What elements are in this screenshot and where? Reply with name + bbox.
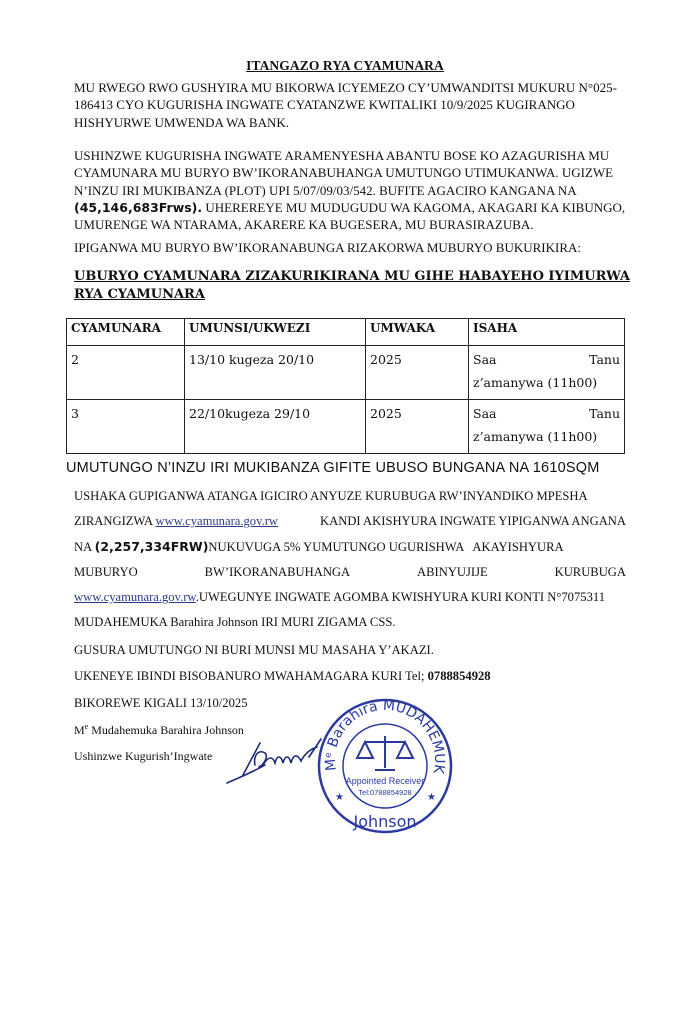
paragraph-property-description: USHINZWE KUGURISHA INGWATE ARAMENYESHA A…: [74, 147, 626, 233]
cyamunara-link[interactable]: www.cyamunara.gov.rw: [74, 590, 196, 604]
signed-place-date: BIKOREWE KIGALI 13/10/2025: [74, 696, 248, 711]
schedule-heading: UBURYO CYAMUNARA ZIZAKURIKIRANA MU GIHE …: [74, 268, 654, 304]
star-icon: ★: [427, 792, 436, 803]
text: NUKUVUGA 5% YUMUTUNGO UGURISHWA AKAYISHY…: [208, 540, 563, 554]
text: MUBURYO: [74, 560, 138, 585]
paragraph-bidding-method: IPIGANWA MU BURYO BW’IKORANABUNGA RIZAKO…: [74, 239, 626, 256]
star-icon: ★: [335, 792, 344, 803]
text: KURUBUGA: [555, 560, 626, 585]
title-prefix: M: [74, 723, 85, 737]
column-header: UMUNSI/UKWEZI: [185, 319, 366, 346]
visit-notice: GUSURA UMUTUNGO NI BURI MUNSI MU MASAHA …: [74, 643, 434, 658]
instruction-line: NA (2,257,334FRW)NUKUVUGA 5% YUMUTUNGO U…: [74, 534, 626, 560]
time-detail: z’amanywa (11h00): [473, 425, 620, 448]
paragraph-court-order: MU RWEGO RWO GUSHYIRA MU BIKORWA ICYEMEZ…: [74, 79, 626, 131]
cell-time: SaaTanu z’amanywa (11h00): [469, 346, 625, 400]
signatory-name: Me Mudahemuka Barahira Johnson: [74, 722, 244, 738]
contact-phone: 0788854928: [428, 669, 491, 683]
property-text-before: USHINZWE KUGURISHA INGWATE ARAMENYESHA A…: [74, 148, 613, 198]
instruction-text: KANDI AKISHYURA INGWATE YIPIGANWA ANGANA: [320, 509, 626, 534]
time-detail: z’amanywa (11h00): [473, 371, 620, 394]
column-header: ISAHA: [469, 319, 625, 346]
contact-line: UKENEYE IBINDI BISOBANURO MWAHAMAGARA KU…: [74, 669, 491, 684]
document-title: ITANGAZO RYA CYAMUNARA: [0, 58, 690, 74]
instruction-line: MUDAHEMUKA Barahira Johnson IRI MURI ZIG…: [74, 610, 626, 635]
cell-date-range: 13/10 kugeza 20/10: [185, 346, 366, 400]
receiver-stamp: Mᵉ Barahira MUDAHEMUKA Johnson Appointed…: [315, 696, 455, 836]
paragraph-bidding-instructions: USHAKA GUPIGANWA ATANGA IGICIRO ANYUZE K…: [74, 484, 626, 635]
time-word: Saa: [473, 402, 496, 425]
stamp-bottom-text: Johnson: [352, 812, 416, 831]
document-page: ITANGAZO RYA CYAMUNARA MU RWEGO RWO GUSH…: [0, 0, 690, 1024]
auction-schedule-table: CYAMUNARA UMUNSI/UKWEZI UMWAKA ISAHA 2 1…: [66, 318, 625, 454]
paragraph-plot-size: UMUTUNGO N’INZU IRI MUKIBANZA GIFITE UBU…: [66, 460, 622, 476]
property-value: (45,146,683Frws).: [74, 200, 202, 215]
text: ABINYUJIJE: [417, 560, 488, 585]
account-text: .UWEGUNYE INGWATE AGOMBA KWISHYURA KURI …: [196, 590, 605, 604]
signatory-role: Ushinzwe Kugurish’Ingwate: [74, 749, 212, 764]
table-header-row: CYAMUNARA UMUNSI/UKWEZI UMWAKA ISAHA: [67, 319, 625, 346]
cell-auction-number: 2: [67, 346, 185, 400]
stamp-center-phone: Tel:0788854928: [358, 788, 411, 797]
instruction-line: USHAKA GUPIGANWA ATANGA IGICIRO ANYUZE K…: [74, 484, 626, 509]
time-word: Tanu: [589, 402, 620, 425]
cyamunara-link[interactable]: www.cyamunara.gov.rw: [156, 514, 279, 528]
cell-time: SaaTanu z’amanywa (11h00): [469, 400, 625, 454]
text: NA: [74, 540, 95, 554]
time-word: Saa: [473, 348, 496, 371]
cell-year: 2025: [366, 400, 469, 454]
stamp-center-title: Appointed Receiver: [346, 776, 425, 786]
table-row: 3 22/10kugeza 29/10 2025 SaaTanu z’amany…: [67, 400, 625, 454]
instruction-text: ZIRANGIZWA www.cyamunara.gov.rw: [74, 509, 278, 534]
text: ZIRANGIZWA: [74, 514, 156, 528]
cell-year: 2025: [366, 346, 469, 400]
contact-text: UKENEYE IBINDI BISOBANURO MWAHAMAGARA KU…: [74, 669, 428, 683]
column-header: CYAMUNARA: [67, 319, 185, 346]
time-word: Tanu: [589, 348, 620, 371]
name-text: Mudahemuka Barahira Johnson: [88, 723, 244, 737]
text: BW’IKORANABUHANGA: [205, 560, 351, 585]
column-header: UMWAKA: [366, 319, 469, 346]
instruction-text: NA (2,257,334FRW)NUKUVUGA 5% YUMUTUNGO U…: [74, 534, 564, 560]
instruction-text: USHAKA GUPIGANWA ATANGA IGICIRO ANYUZE K…: [74, 484, 588, 509]
instruction-line: MUBURYO BW’IKORANABUHANGA ABINYUJIJE KUR…: [74, 560, 626, 585]
table-row: 2 13/10 kugeza 20/10 2025 SaaTanu z’aman…: [67, 346, 625, 400]
deposit-amount: (2,257,334FRW): [95, 539, 209, 554]
cell-date-range: 22/10kugeza 29/10: [185, 400, 366, 454]
instruction-line: ZIRANGIZWA www.cyamunara.gov.rw KANDI AK…: [74, 509, 626, 534]
cell-auction-number: 3: [67, 400, 185, 454]
scales-icon: [357, 736, 413, 770]
instruction-line: www.cyamunara.gov.rw.UWEGUNYE INGWATE AG…: [74, 585, 626, 610]
